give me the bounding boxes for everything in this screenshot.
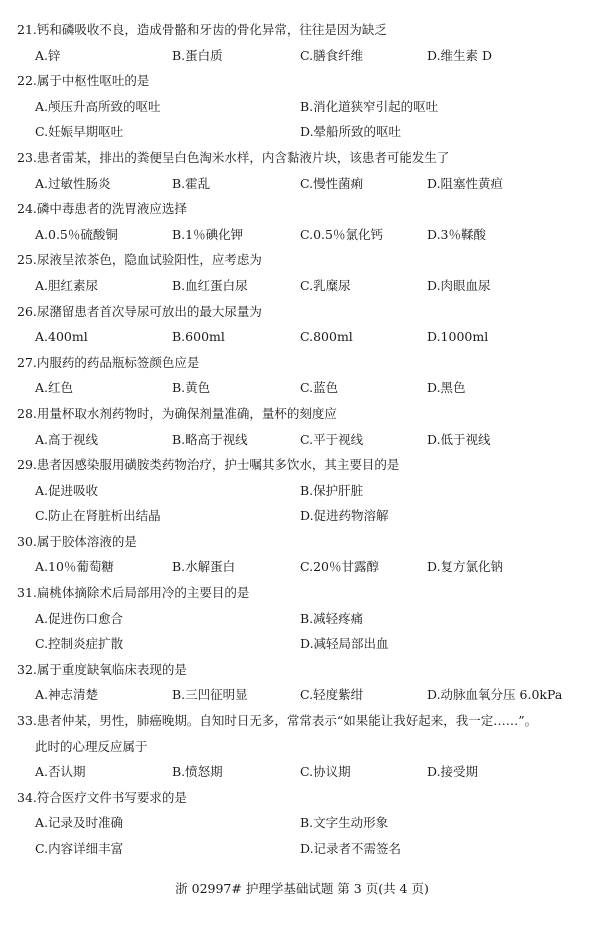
option-a: A.锌 [35, 43, 61, 69]
question-31-options-row2: C.控制炎症扩散 D.减轻局部出血 [0, 631, 604, 657]
question-22-options-row2: C.妊娠早期呕吐 D.晕船所致的呕吐 [0, 119, 604, 145]
option-c: C.乳糜尿 [300, 273, 351, 299]
option-c: C.800ml [300, 324, 353, 350]
option-d: D.肉眼血尿 [427, 273, 491, 299]
option-d: D.记录者不需签名 [300, 836, 401, 862]
option-b: B.保护肝脏 [300, 478, 363, 504]
question-24-stem: 24.磷中毒患者的洗胃液应选择 [0, 196, 604, 222]
option-a: A.颅压升高所致的呕吐 [35, 94, 161, 120]
option-b: B.愤怒期 [172, 759, 223, 785]
option-d: D.动脉血氧分压 6.0kPa [427, 682, 562, 708]
option-c: C.膳食纤维 [300, 43, 363, 69]
question-21-stem: 21.钙和磷吸收不良，造成骨骼和牙齿的骨化异常，往往是因为缺乏 [0, 17, 604, 43]
option-c: C.内容详细丰富 [35, 836, 123, 862]
option-b: B.文字生动形象 [300, 810, 388, 836]
question-33-stem-continued: 此时的心理反应属于 [0, 734, 604, 760]
option-b: B.霍乱 [172, 171, 210, 197]
question-22-options-row1: A.颅压升高所致的呕吐 B.消化道狭窄引起的呕吐 [0, 94, 604, 120]
option-a: A.胆红素尿 [35, 273, 98, 299]
option-a: A.促进吸收 [35, 478, 98, 504]
question-28-options: A.高于视线 B.略高于视线 C.平于视线 D.低于视线 [0, 427, 604, 453]
option-a: A.过敏性肠炎 [35, 171, 111, 197]
option-b: B.略高于视线 [172, 427, 248, 453]
question-34-options-row2: C.内容详细丰富 D.记录者不需签名 [0, 836, 604, 862]
option-b: B.1％碘化钾 [172, 222, 243, 248]
question-33-stem: 33.患者仲某，男性，肺癌晚期。自知时日无多，常常表示“如果能让我好起来，我一定… [0, 708, 604, 734]
question-34-stem: 34.符合医疗文件书写要求的是 [0, 785, 604, 811]
option-d: D.维生素 D [427, 43, 492, 69]
option-d: D.低于视线 [427, 427, 491, 453]
option-a: A.红色 [35, 375, 73, 401]
option-c: C.协议期 [300, 759, 351, 785]
option-c: C.20％甘露醇 [300, 554, 379, 580]
question-25-stem: 25.尿液呈浓茶色，隐血试验阳性，应考虑为 [0, 247, 604, 273]
question-23-options: A.过敏性肠炎 B.霍乱 C.慢性菌痢 D.阻塞性黄疸 [0, 171, 604, 197]
option-b: B.黄色 [172, 375, 210, 401]
question-32-options: A.神志清楚 B.三凹征明显 C.轻度紫绀 D.动脉血氧分压 6.0kPa [0, 682, 604, 708]
question-29-stem: 29.患者因感染服用磺胺类药物治疗，护士嘱其多饮水，其主要目的是 [0, 452, 604, 478]
question-29-options-row2: C.防止在肾脏析出结晶 D.促进药物溶解 [0, 503, 604, 529]
option-b: B.蛋白质 [172, 43, 223, 69]
option-a: A.高于视线 [35, 427, 98, 453]
exam-page: 21.钙和磷吸收不良，造成骨骼和牙齿的骨化异常，往往是因为缺乏 A.锌 B.蛋白… [0, 17, 604, 862]
question-26-options: A.400ml B.600ml C.800ml D.1000ml [0, 324, 604, 350]
question-31-stem: 31.扁桃体摘除术后局部用冷的主要目的是 [0, 580, 604, 606]
option-d: D.黑色 [427, 375, 466, 401]
question-23-stem: 23.患者雷某，排出的粪便呈白色淘米水样，内含黏液片块，该患者可能发生了 [0, 145, 604, 171]
question-27-stem: 27.内服药的药品瓶标签颜色应是 [0, 350, 604, 376]
question-25-options: A.胆红素尿 B.血红蛋白尿 C.乳糜尿 D.肉眼血尿 [0, 273, 604, 299]
option-a: A.神志清楚 [35, 682, 98, 708]
option-b: B.三凹征明显 [172, 682, 248, 708]
option-c: C.平于视线 [300, 427, 363, 453]
option-d: D.复方氯化钠 [427, 554, 503, 580]
page-footer: 浙 02997# 护理学基础试题 第 3 页(共 4 页) [0, 879, 604, 899]
option-d: D.阻塞性黄疸 [427, 171, 503, 197]
option-c: C.蓝色 [300, 375, 338, 401]
option-d: D.促进药物溶解 [300, 503, 389, 529]
option-b: B.血红蛋白尿 [172, 273, 248, 299]
option-d: D.接受期 [427, 759, 478, 785]
question-26-stem: 26.尿潴留患者首次导尿可放出的最大尿量为 [0, 299, 604, 325]
option-a: A.10％葡萄糖 [35, 554, 114, 580]
question-27-options: A.红色 B.黄色 C.蓝色 D.黑色 [0, 375, 604, 401]
option-c: C.控制炎症扩散 [35, 631, 123, 657]
option-d: D.晕船所致的呕吐 [300, 119, 401, 145]
question-22-stem: 22.属于中枢性呕吐的是 [0, 68, 604, 94]
question-30-options: A.10％葡萄糖 B.水解蛋白 C.20％甘露醇 D.复方氯化钠 [0, 554, 604, 580]
option-c: C.慢性菌痢 [300, 171, 363, 197]
option-b: B.消化道狭窄引起的呕吐 [300, 94, 438, 120]
question-33-options: A.否认期 B.愤怒期 C.协议期 D.接受期 [0, 759, 604, 785]
option-c: C.妊娠早期呕吐 [35, 119, 123, 145]
option-a: A.0.5％硫酸铜 [35, 222, 118, 248]
option-c: C.轻度紫绀 [300, 682, 363, 708]
option-d: D.减轻局部出血 [300, 631, 389, 657]
option-a: A.促进伤口愈合 [35, 606, 123, 632]
question-21-options: A.锌 B.蛋白质 C.膳食纤维 D.维生素 D [0, 43, 604, 69]
option-a: A.记录及时准确 [35, 810, 123, 836]
option-a: A.否认期 [35, 759, 86, 785]
question-29-options-row1: A.促进吸收 B.保护肝脏 [0, 478, 604, 504]
question-30-stem: 30.属于胶体溶液的是 [0, 529, 604, 555]
option-c: C.防止在肾脏析出结晶 [35, 503, 161, 529]
question-28-stem: 28.用量杯取水剂药物时，为确保剂量准确，量杯的刻度应 [0, 401, 604, 427]
option-d: D.1000ml [427, 324, 488, 350]
option-b: B.减轻疼痛 [300, 606, 363, 632]
option-c: C.0.5％氯化钙 [300, 222, 383, 248]
question-24-options: A.0.5％硫酸铜 B.1％碘化钾 C.0.5％氯化钙 D.3％鞣酸 [0, 222, 604, 248]
question-32-stem: 32.属于重度缺氧临床表现的是 [0, 657, 604, 683]
option-b: B.水解蛋白 [172, 554, 235, 580]
option-d: D.3％鞣酸 [427, 222, 486, 248]
question-31-options-row1: A.促进伤口愈合 B.减轻疼痛 [0, 606, 604, 632]
option-a: A.400ml [35, 324, 88, 350]
option-b: B.600ml [172, 324, 225, 350]
question-34-options-row1: A.记录及时准确 B.文字生动形象 [0, 810, 604, 836]
